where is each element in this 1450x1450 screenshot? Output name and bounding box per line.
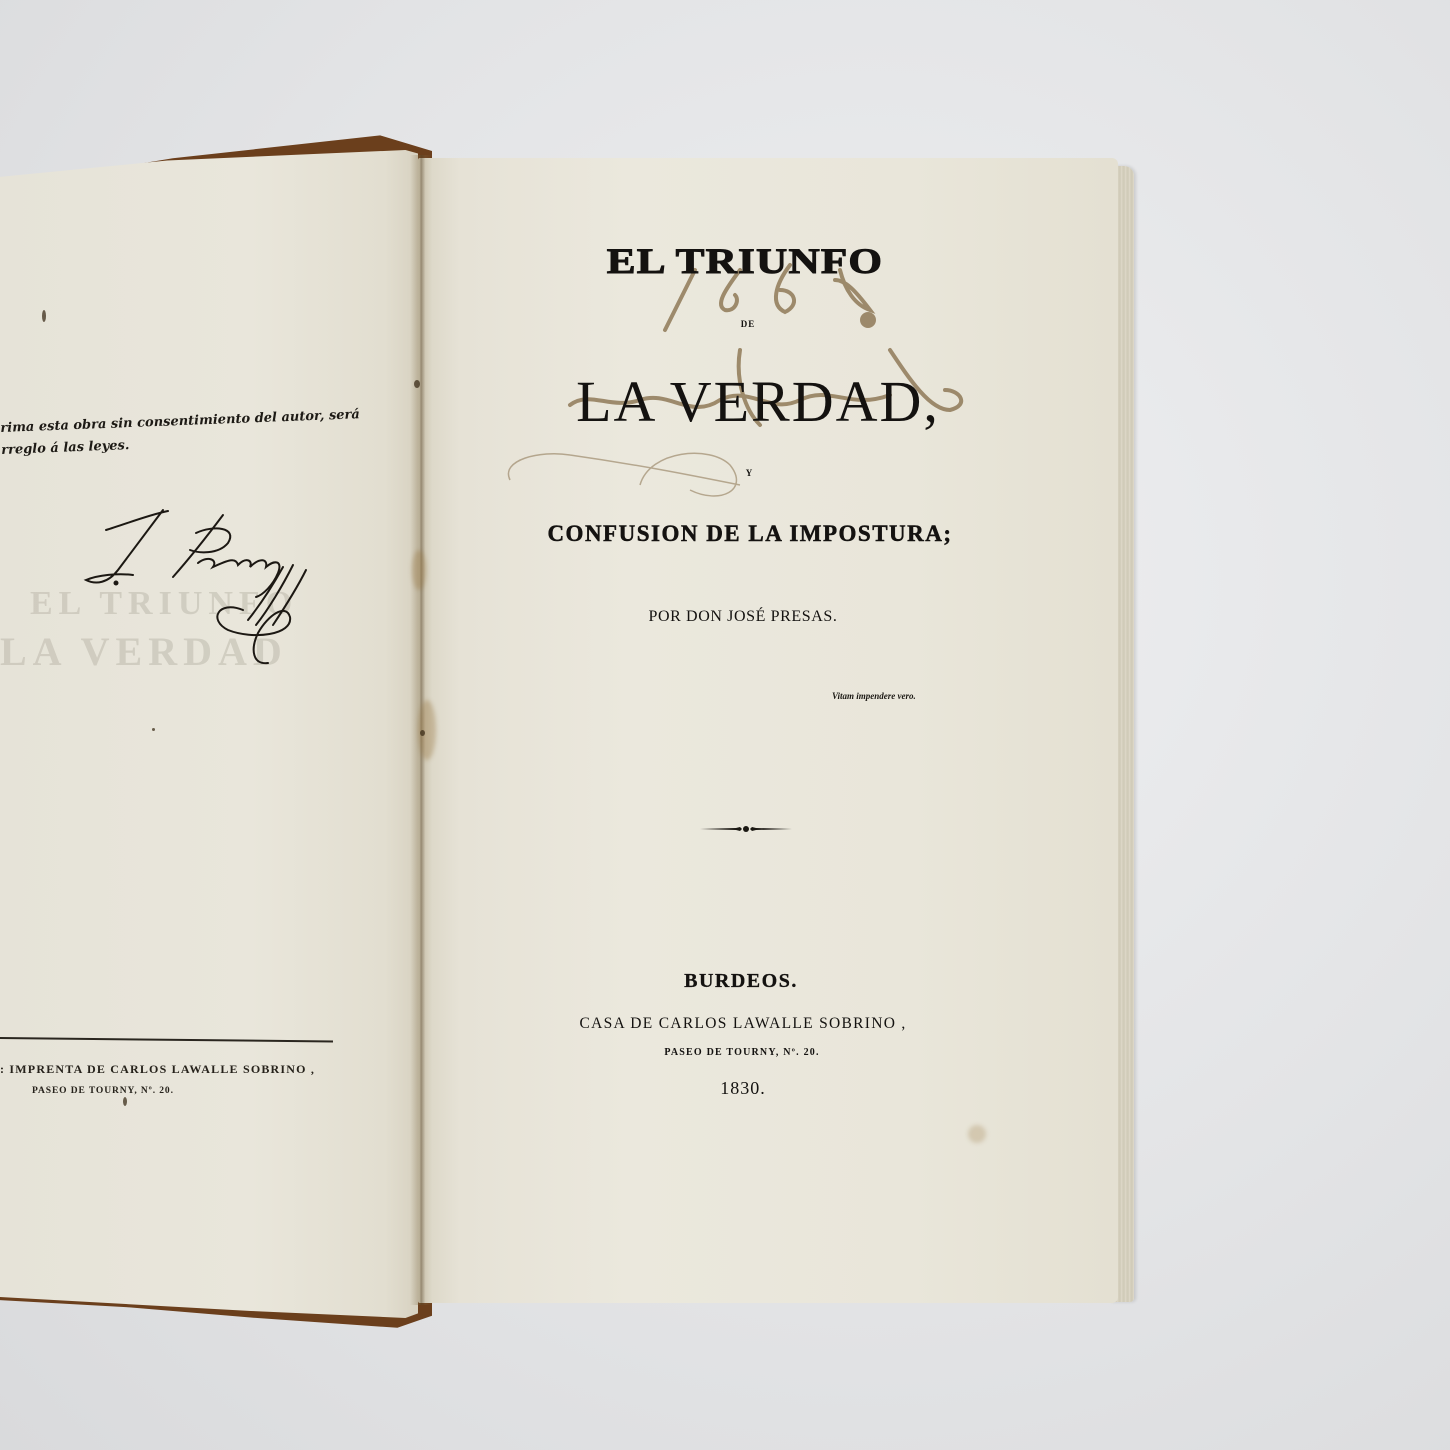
title-page xyxy=(418,158,1118,1303)
foxing-spot xyxy=(123,1097,127,1106)
title-line1: EL TRIUNFO xyxy=(385,240,1105,282)
imprint-city: BURDEOS. xyxy=(426,970,1056,993)
epigraph-motto: Vitam impendere vero. xyxy=(832,691,916,701)
left-page xyxy=(0,150,418,1318)
subtitle: CONFUSION DE LA IMPOSTURA; xyxy=(435,521,1065,547)
title-connector: DE xyxy=(433,319,1063,329)
ornamental-rule-icon xyxy=(700,822,792,836)
signature-presas: J. Presas xyxy=(78,505,328,675)
subtitle-connector: Y xyxy=(434,468,1064,478)
foxing-spot xyxy=(420,730,425,736)
imprint-publisher: CASA DE CARLOS LAWALLE SOBRINO , xyxy=(428,1015,1058,1033)
foxing-spot xyxy=(152,728,155,731)
printer-imprint-line1: : IMPRENTA DE CARLOS LAWALLE SOBRINO , xyxy=(0,1062,330,1077)
foxing-spot xyxy=(414,380,420,388)
imprint-address: PASEO DE TOURNY, Nº. 20. xyxy=(427,1047,1057,1058)
foxing-spot xyxy=(42,310,46,322)
foxing-stain xyxy=(968,1125,986,1143)
author-line: POR DON JOSÉ PRESAS. xyxy=(428,608,1058,626)
imprint-year: 1830. xyxy=(428,1078,1058,1099)
printer-imprint: : IMPRENTA DE CARLOS LAWALLE SOBRINO , P… xyxy=(0,1062,330,1096)
title-line2: LA VERDAD, xyxy=(443,368,1073,435)
printer-imprint-line2: PASEO DE TOURNY, Nº. 20. xyxy=(0,1086,330,1096)
book-photo: EL TRIUNFO LA VERDAD rima esta obra sin … xyxy=(0,0,1450,1450)
foxing-stain xyxy=(412,550,426,590)
